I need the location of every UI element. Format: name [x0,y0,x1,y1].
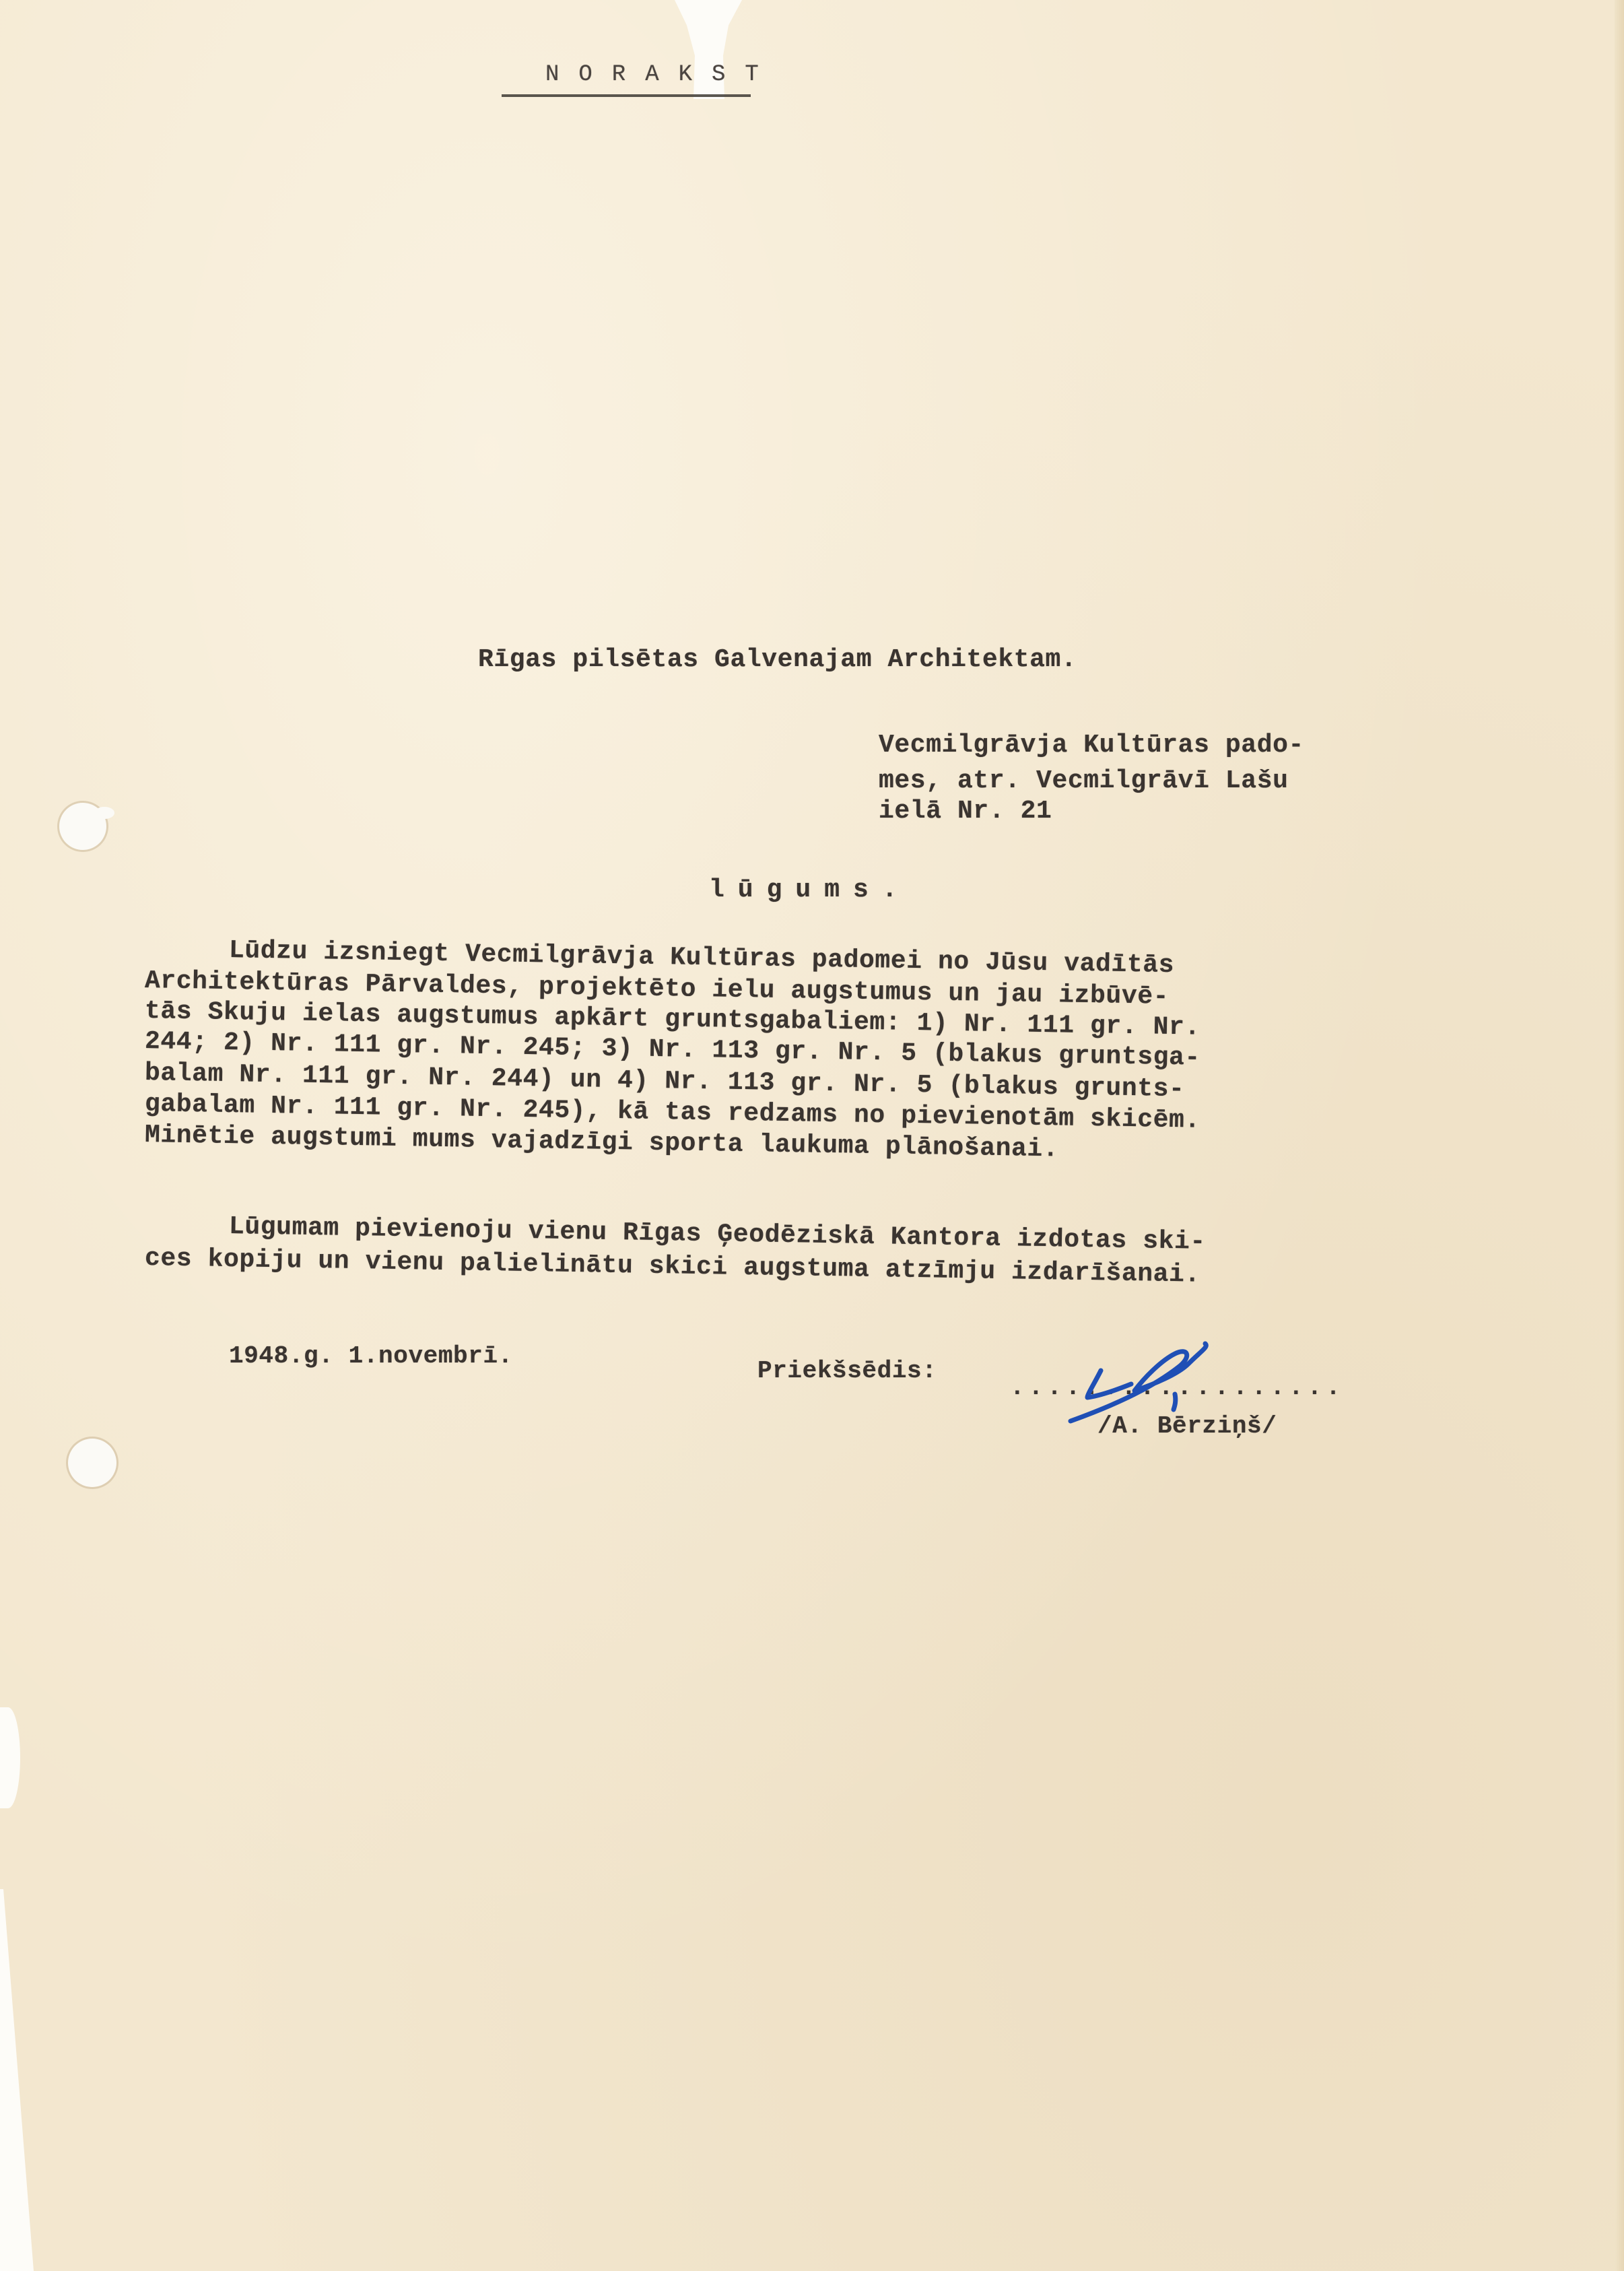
sender-line: mes, atr. Vecmilgrāvī Lašu [879,766,1289,795]
document-title: lūgums. [709,876,911,904]
date-line: 1948.g. 1.novembrī. [229,1342,513,1370]
handwritten-signature-icon [1067,1337,1242,1438]
header-stamp: NORAKST [545,62,778,88]
punch-hole-icon [59,803,106,850]
punch-hole-icon [68,1439,116,1487]
addressee-line: Rīgas pilsētas Galvenajam Architektam. [478,645,1077,674]
paper-edge [1615,0,1624,2271]
signature-label: Priekšsēdis: [757,1357,937,1385]
header-underline [502,94,751,97]
sender-line: Vecmilgrāvja Kultūras pado- [879,731,1304,760]
sender-line: ielā Nr. 21 [879,797,1052,826]
